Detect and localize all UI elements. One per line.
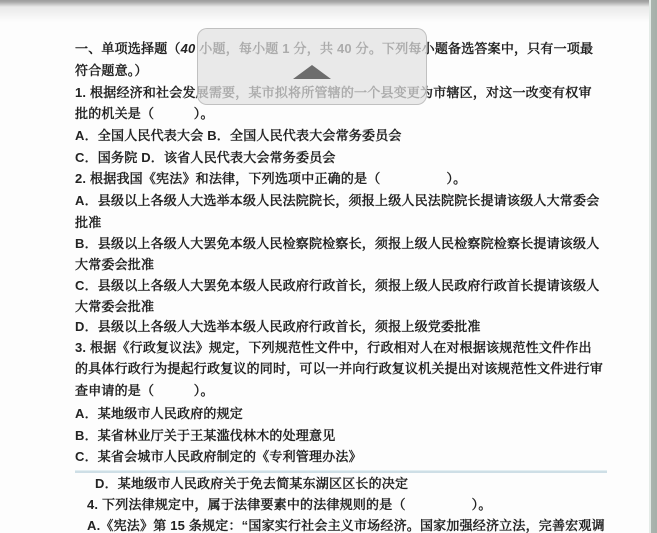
doc-line-option-b: B．某省林业厅关于王某滥伐林木的处理意见 (75, 429, 335, 443)
doc-line-question-2: 2. 根据我国《宪法》和法律，下列选项中正确的是（ ）。 (75, 172, 466, 186)
doc-line-option-a: A．某地级市人民政府的规定 (75, 407, 243, 421)
doc-line: 的具体行政行为提起行政复议的同时，可以一并向行政复议机关提出对该规范性文件进行审 (75, 362, 603, 376)
doc-line-option-ab: A．全国人民代表大会 B．全国人民代表大会常务委员会 (75, 129, 402, 143)
doc-line-option-b: B．县级以上各级人大罢免本级人民检察院检察长，须报上级人民检察院检察长提请该级人 (75, 237, 599, 251)
doc-line-option-c: C．县级以上各级人大罢免本级人民政府行政首长，须报上级人民政府行政首长提请该级人 (75, 279, 599, 293)
heading-question-count: 40 (181, 41, 196, 56)
doc-line: 批的机关是（ ）。 (75, 107, 214, 121)
doc-line: 符合题意。） (75, 64, 148, 78)
doc-line-option-a: A．县级以上各级人大选举本级人民法院院长，须报上级人民法院院长提请该级人大常委会 (75, 194, 599, 208)
doc-line-question-4: 4. 下列法律规定中，属于法律要素中的法律规则的是（ ）。 (87, 498, 492, 512)
scrollbar[interactable] (649, 0, 657, 533)
page-break-divider (75, 470, 607, 473)
doc-line-option-a: A.《宪法》第 15 条规定：“国家实行社会主义市场经济。国家加强经济立法，完善… (87, 519, 605, 533)
doc-line: 批准 (75, 216, 101, 230)
doc-line-option-c: C．某省会城市人民政府制定的《专利管理办法》 (75, 450, 362, 464)
doc-line-option-d: D．某地级市人民政府关于免去简某东湖区区长的决定 (95, 477, 408, 491)
doc-line: 大常委会批准 (75, 258, 154, 272)
scroll-up-overlay[interactable] (197, 28, 427, 105)
doc-line-question-3: 3. 根据《行政复议法》规定，下列规范性文件中，行政相对人在对根据该规范性文件作… (75, 341, 592, 355)
doc-line-option-cd: C．国务院 D．该省人民代表大会常务委员会 (75, 151, 336, 165)
up-arrow-icon (293, 65, 331, 79)
document-viewer: 一、单项选择题（40 小题，每小题 1 分，共 40 分。下列每小题备选答案中，… (0, 0, 657, 533)
doc-line: 查申请的是（ ）。 (75, 384, 214, 398)
heading-prefix: 一、单项选择题（ (75, 41, 181, 56)
doc-line-option-d: D．县级以上各级人大选举本级人民政府行政首长，须报上级党委批准 (75, 320, 481, 334)
top-toolbar-shadow (0, 0, 657, 22)
doc-line: 大常委会批准 (75, 300, 154, 314)
